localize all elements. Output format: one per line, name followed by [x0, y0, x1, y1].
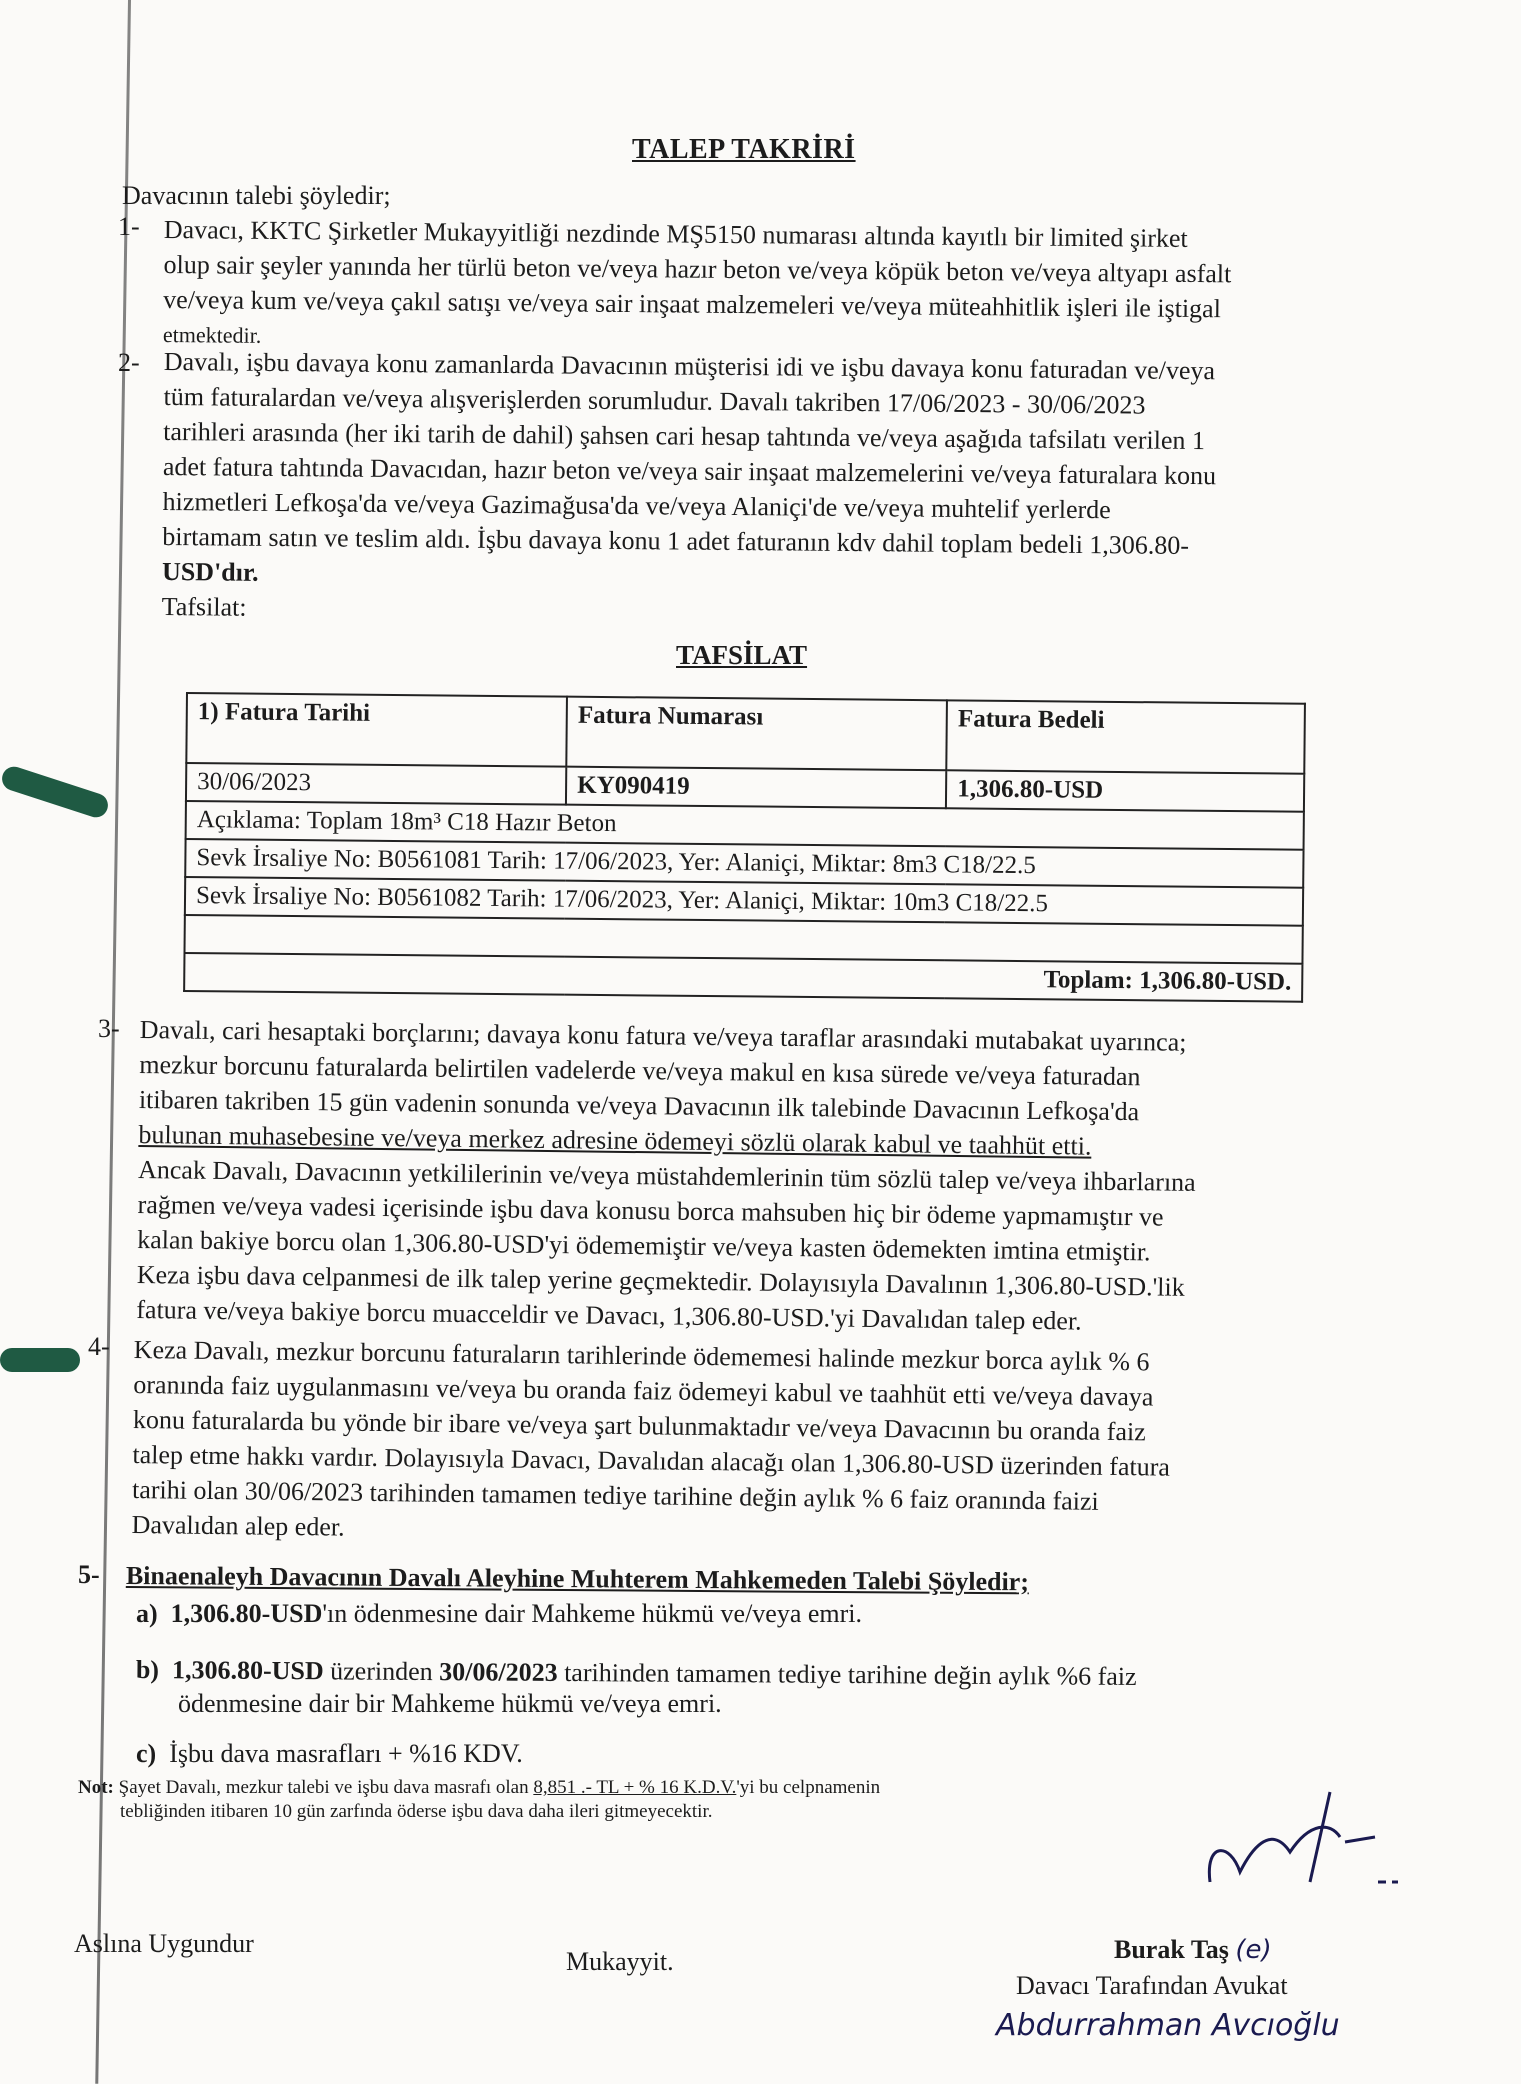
- item-4: Keza Davalı, mezkur borcunu faturaların …: [131, 1332, 1171, 1555]
- item-1: Davacı, KKTC Şirketler Mukayyitliği nezd…: [163, 212, 1232, 361]
- certified-copy-label: Aslına Uygundur: [74, 1926, 254, 1961]
- invoice-date: 30/06/2023: [186, 763, 566, 805]
- item-number: 4-: [88, 1332, 110, 1362]
- binding-string: [0, 764, 111, 821]
- item-number: 2-: [118, 348, 140, 378]
- request-c: c) İşbu dava masrafları + %16 KDV.: [136, 1736, 523, 1771]
- table-header-row: 1) Fatura Tarihi Fatura Numarası Fatura …: [186, 693, 1305, 774]
- request-heading: Binaenaleyh Davacının Davalı Aleyhine Mu…: [126, 1558, 1029, 1599]
- registrar-label: Mukayyit.: [566, 1944, 674, 1979]
- lawyer-role: Davacı Tarafından Avukat: [1016, 1968, 1288, 2003]
- signature-icon: [1200, 1782, 1400, 1902]
- item-number: 3-: [98, 1014, 120, 1044]
- header-invoice-number: Fatura Numarası: [566, 697, 947, 771]
- lawyer-name: Burak Taş (e): [1114, 1932, 1272, 1968]
- request-b-cont: ödenmesine dair bir Mahkeme hükmü ve/vey…: [178, 1686, 722, 1721]
- invoice-table: 1) Fatura Tarihi Fatura Numarası Fatura …: [183, 692, 1306, 1003]
- invoice-number: KY090419: [566, 767, 946, 809]
- document-page: TALEP TAKRİRİ Davacının talebi şöyledir;…: [0, 0, 1521, 2084]
- item-number: 1-: [118, 212, 140, 242]
- document-title: TALEP TAKRİRİ: [632, 134, 856, 166]
- intro-text: Davacının talebi şöyledir;: [122, 178, 391, 213]
- header-invoice-amount: Fatura Bedeli: [947, 700, 1305, 773]
- item-number: 5-: [78, 1560, 100, 1590]
- invoice-amount: 1,306.80-USD: [946, 770, 1304, 811]
- item-3: Davalı, cari hesaptaki borçlarını; davay…: [136, 1012, 1197, 1340]
- tafsilat-title: TAFSİLAT: [676, 640, 807, 671]
- item-2: Davalı, işbu davaya konu zamanlarda Dava…: [162, 344, 1218, 633]
- handwritten-name: Abdurrahman Avcıoğlu: [996, 2008, 1340, 2043]
- note: Not: Şayet Davalı, mezkur talebi ve işbu…: [78, 1776, 1138, 1824]
- binding-string: [0, 1348, 80, 1372]
- header-invoice-date: 1) Fatura Tarihi: [186, 693, 567, 767]
- request-a: a) 1,306.80-USD'ın ödenmesine dair Mahke…: [136, 1596, 862, 1631]
